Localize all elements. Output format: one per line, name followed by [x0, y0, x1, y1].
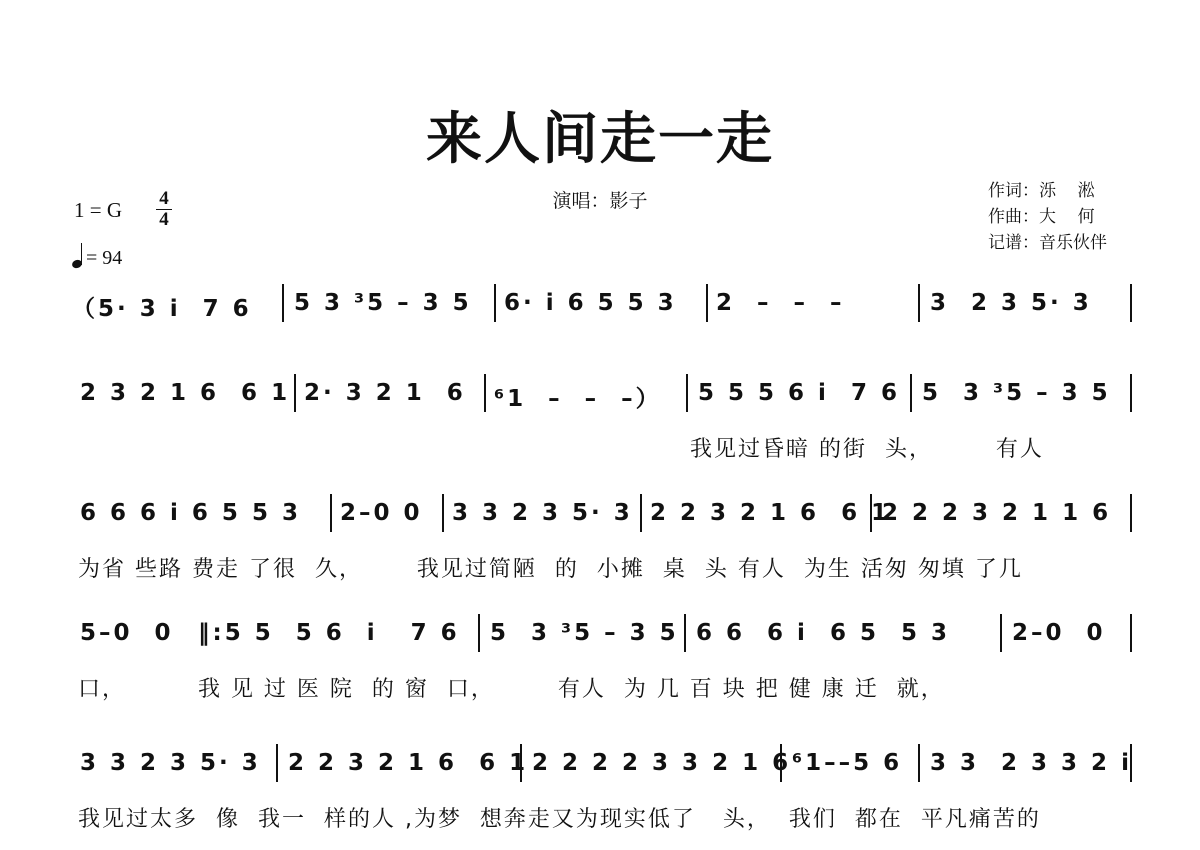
measure: 2 2 3 2 1 6 6 1	[650, 500, 890, 526]
barline	[918, 744, 920, 782]
measure: 2· 3 2 1 6	[304, 380, 466, 406]
measure: 2 – – –	[716, 290, 845, 316]
barline	[640, 494, 642, 532]
barline	[1130, 494, 1132, 532]
measure: 3 2 3 5· 3	[930, 290, 1092, 316]
measure: 6 6 6 i 6 5 5 3	[80, 500, 301, 526]
lyric-line: 口， 我 见 过 医 院 的 窗 口， 有人 为 几 百 块 把 健 康 迁 就…	[78, 672, 945, 703]
measure: （5· 3 i 7 6	[72, 290, 252, 323]
tempo-marking: = 94	[72, 244, 122, 270]
song-title: 来人间走一走	[0, 95, 1200, 175]
tempo-value: = 94	[86, 247, 122, 269]
measure: 5–0 0	[80, 620, 174, 646]
barline	[294, 374, 296, 412]
barline	[918, 284, 920, 322]
measure: 5 5 5 6 i 7 6	[698, 380, 900, 406]
barline	[1130, 374, 1132, 412]
barline	[520, 744, 522, 782]
transcriber-credit: 记谱：音乐伙伴	[988, 230, 1107, 256]
measure: 2 2 2 3 2 1 1 6	[882, 500, 1111, 526]
measure: 2 2 2 2 3 3 2 1 6	[532, 750, 791, 776]
measure: 2–0 0	[340, 500, 423, 526]
measure: 5 3 ³5 – 3 5	[294, 290, 472, 316]
barline	[780, 744, 782, 782]
barline	[276, 744, 278, 782]
measure: ⁶1––5 6	[792, 750, 902, 776]
measure: 2–0 0	[1012, 620, 1106, 646]
measure: 2 2 3 2 1 6 6 1	[288, 750, 528, 776]
barline	[478, 614, 480, 652]
time-signature: 4 4	[156, 190, 172, 229]
barline	[1130, 614, 1132, 652]
measure: 2 3 2 1 6 6 1	[80, 380, 290, 406]
time-signature-bottom: 4	[156, 211, 172, 229]
barline	[706, 284, 708, 322]
measure: 6 6 6 i 6 5 5 3	[696, 620, 950, 646]
lyric-line: 为省 些路 费走 了很 久， 我见过简陋 的 小摊 桌 头 有人 为生 活匆 匆…	[78, 552, 1023, 583]
barline	[686, 374, 688, 412]
time-signature-top: 4	[156, 190, 172, 208]
lyricist-credit: 作词：泺 淞	[988, 178, 1107, 204]
barline	[1000, 614, 1002, 652]
barline	[1130, 284, 1132, 322]
barline	[494, 284, 496, 322]
barline	[442, 494, 444, 532]
measure: ⁶1 – – –）	[494, 380, 662, 413]
barline	[910, 374, 912, 412]
measure: 3 3 2 3 5· 3	[80, 750, 261, 776]
barline	[330, 494, 332, 532]
barline	[870, 494, 872, 532]
lyric-line: 我见过昏暗 的街 头， 有人	[690, 432, 1044, 463]
barline	[1130, 744, 1132, 782]
measure: 3 3 2 3 5· 3	[452, 500, 633, 526]
measure: 5 3 ³5 – 3 5	[922, 380, 1111, 406]
composer-credit: 作曲：大 何	[988, 204, 1107, 230]
lyric-line: 我见过太多 像 我一 样的人 ,为梦 想奔走又为现实低了 头， 我们 都在 平凡…	[78, 802, 1041, 833]
credits-block: 作词：泺 淞 作曲：大 何 记谱：音乐伙伴	[988, 178, 1107, 256]
quarter-note-icon	[72, 244, 82, 268]
key-signature: 1 = G	[74, 198, 122, 223]
measure: 5 3 ³5 – 3 5	[490, 620, 679, 646]
measure: 6· i 6 5 5 3	[504, 290, 677, 316]
barline	[684, 614, 686, 652]
barline	[282, 284, 284, 322]
measure: 3 3 2 3 3 2 i	[930, 750, 1132, 776]
measure: ‖:5 5 5 6 i 7 6	[198, 620, 460, 646]
barline	[484, 374, 486, 412]
